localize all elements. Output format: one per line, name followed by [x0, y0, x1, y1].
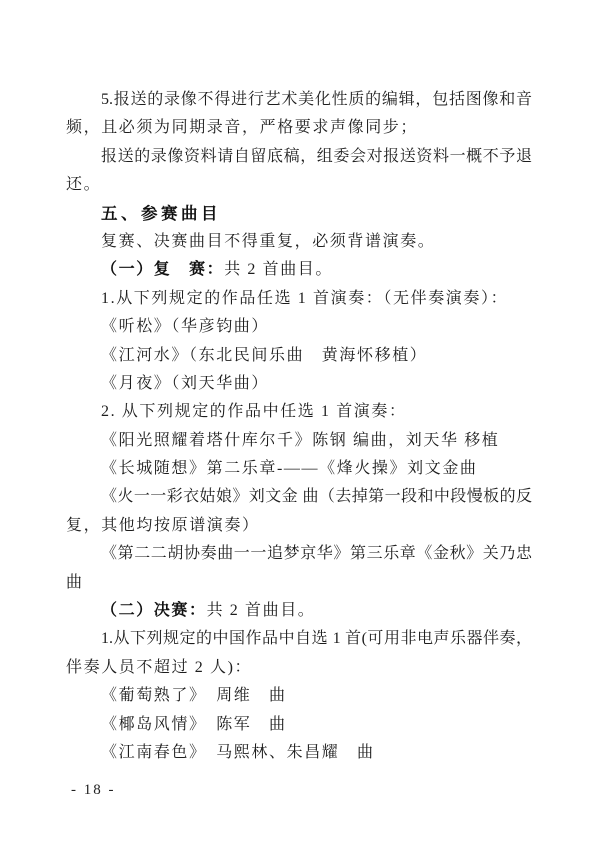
text-line: 1.从下列规定的作品任选 1 首演奏：（无伴奏演奏）：	[66, 285, 532, 313]
repertoire-item: 《长城随想》第二乐章-——《烽火操》刘文金曲	[66, 455, 532, 483]
repertoire-item: 《听松》（华彦钧曲）	[66, 313, 532, 341]
repertoire-item: 《江河水》（东北民间乐曲 黄海怀移植）	[66, 342, 532, 370]
text-line: 曲	[66, 569, 532, 597]
subsection-label: （一）复 赛：	[101, 261, 224, 278]
repertoire-item: 《椰岛风情》 陈军 曲	[66, 711, 532, 739]
document-page: 5.报送的录像不得进行艺术美化性质的编辑，包括图像和音 频，且必须为同期录音，严…	[0, 0, 600, 848]
text-run: 共 2 首曲目。	[207, 602, 316, 619]
text-line: 报送的录像资料请自留底稿，组委会对报送资料一概不予退	[66, 143, 532, 171]
document-body: 5.报送的录像不得进行艺术美化性质的编辑，包括图像和音 频，且必须为同期录音，严…	[66, 86, 532, 767]
subsection-label: （二）决赛：	[101, 602, 207, 619]
repertoire-item: 《第二二胡协奏曲一一追梦京华》第三乐章《金秋》关乃忠	[66, 540, 532, 568]
text-line: （二）决赛：共 2 首曲目。	[66, 597, 532, 625]
repertoire-item: 《阳光照耀着塔什库尔千》陈钢 编曲，刘天华 移植	[66, 427, 532, 455]
text-line: （一）复 赛：共 2 首曲目。	[66, 256, 532, 284]
text-line: 1.从下列规定的中国作品中自选 1 首(可用非电声乐器伴奏，	[66, 625, 532, 653]
repertoire-item: 《江南春色》 马熙林、朱昌耀 曲	[66, 739, 532, 767]
repertoire-item: 《月夜》（刘天华曲）	[66, 370, 532, 398]
text-line: 2. 从下列规定的作品中任选 1 首演奏：	[66, 398, 532, 426]
page-number: - 18 -	[71, 782, 116, 799]
text-line: 复，其他均按原谱演奏）	[66, 512, 532, 540]
text-line: 还。	[66, 171, 532, 199]
text-line: 伴奏人员不超过 2 人)：	[66, 654, 532, 682]
text-run: 共 2 首曲目。	[224, 261, 333, 278]
text-line: 5.报送的录像不得进行艺术美化性质的编辑，包括图像和音	[66, 86, 532, 114]
text-line: 复赛、决赛曲目不得重复，必须背谱演奏。	[66, 228, 532, 256]
text-line: 频，且必须为同期录音，严格要求声像同步；	[66, 114, 532, 142]
repertoire-item: 《葡萄熟了》 周维 曲	[66, 682, 532, 710]
section-heading: 五、参赛曲目	[66, 200, 532, 228]
repertoire-item: 《火一一彩衣姑娘》刘文金 曲（去掉第一段和中段慢板的反	[66, 483, 532, 511]
